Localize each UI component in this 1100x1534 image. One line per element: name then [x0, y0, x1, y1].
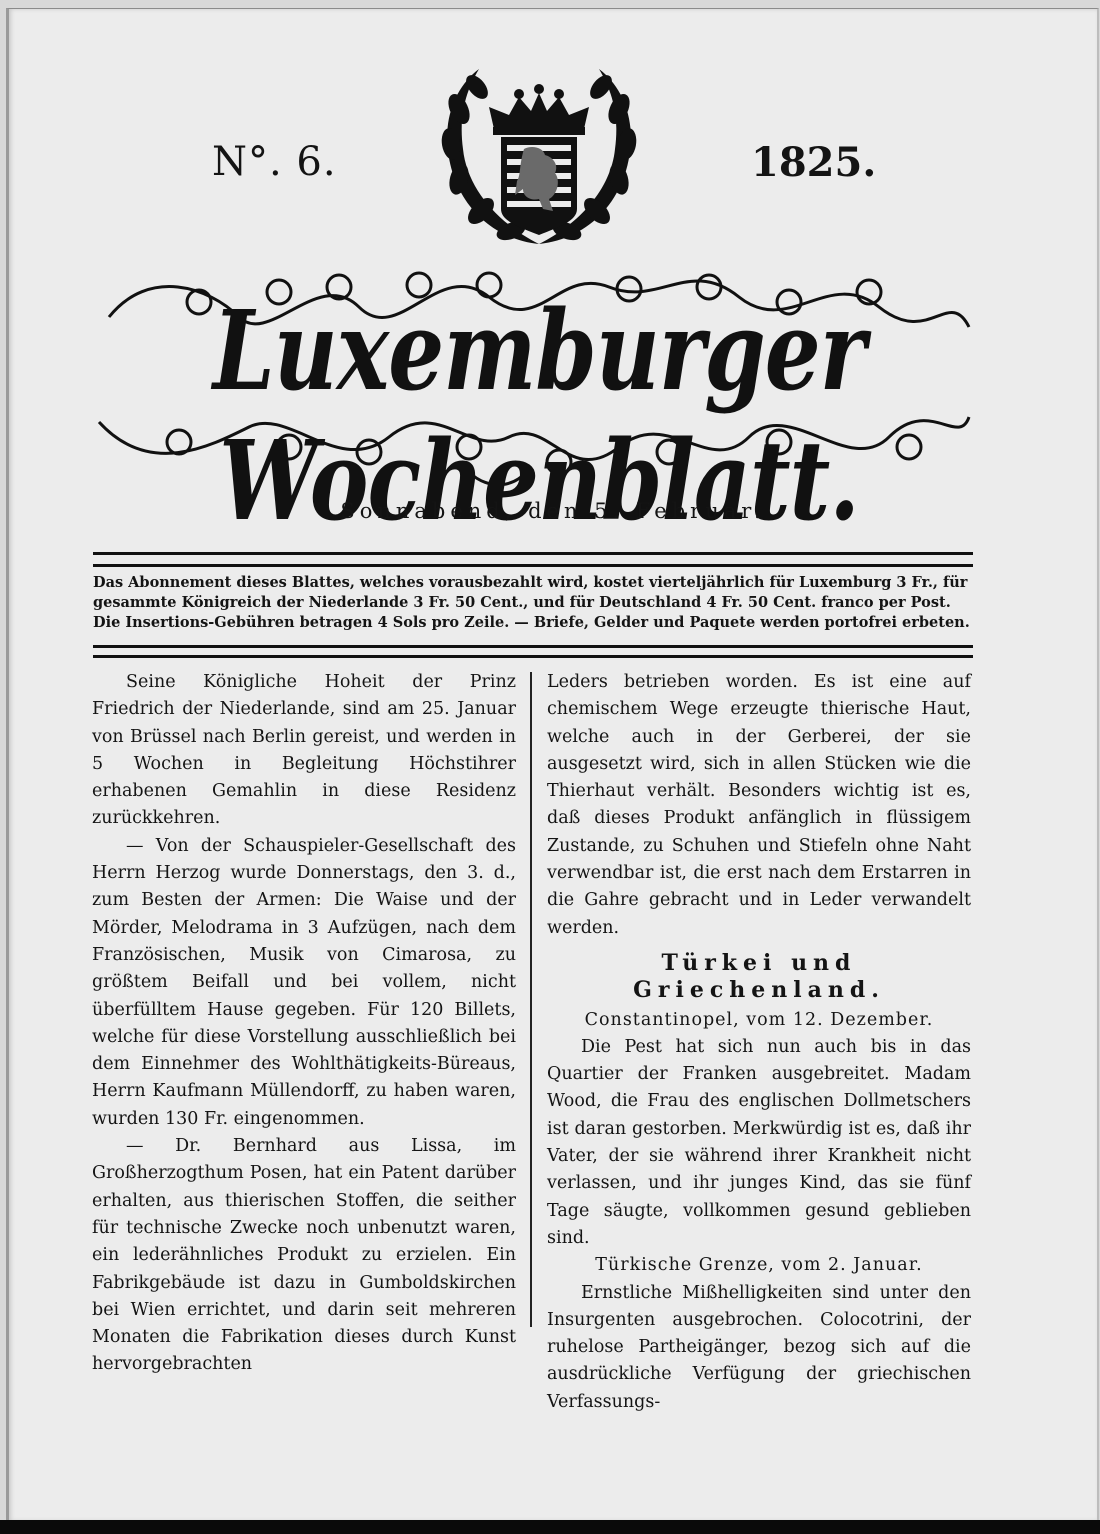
- masthead-title-block: Luxemburger Wochenblatt.: [89, 247, 989, 487]
- publication-date: Sonnabend, den 5. Februar.: [9, 499, 1097, 523]
- report-turkish-border: Ernstliche Mißhelligkeiten sind unter de…: [547, 1280, 971, 1416]
- subscription-line: gesammte Königreich der Niederlande 3 Fr…: [93, 593, 973, 613]
- header-rule-bottom: [93, 645, 973, 658]
- article-theatre-benefit: — Von der Schauspieler-Gesellschaft des …: [92, 833, 516, 1133]
- dateline-turkish-border: Türkische Grenze, vom 2. Januar.: [547, 1252, 971, 1279]
- column-divider: [530, 672, 532, 1327]
- left-column: Seine Königliche Hoheit der Prinz Friedr…: [92, 669, 516, 1379]
- right-column: Leders betrieben worden. Es ist eine auf…: [547, 669, 971, 1416]
- subscription-line: Die Insertions-Gebühren betragen 4 Sols …: [93, 613, 973, 633]
- section-heading-turkey-greece: Türkei und Griechenland.: [547, 950, 971, 1005]
- coat-of-arms-icon: [419, 49, 659, 249]
- header-rule-top: [93, 552, 973, 567]
- dateline-constantinople: Constantinopel, vom 12. Dezember.: [547, 1007, 971, 1034]
- article-leather-patent: — Dr. Bernhard aus Lissa, im Großherzogt…: [92, 1133, 516, 1379]
- issue-year: 1825.: [751, 139, 876, 186]
- subscription-notice: Das Abonnement dieses Blattes, welches v…: [93, 573, 973, 633]
- article-leather-continuation: Leders betrieben worden. Es ist eine auf…: [547, 669, 971, 942]
- newspaper-page: N°. 6. 1825. Luxemburger Wochenblatt. So…: [6, 8, 1099, 1521]
- subscription-line: Das Abonnement dieses Blattes, welches v…: [93, 573, 973, 593]
- article-prince-friedrich: Seine Königliche Hoheit der Prinz Friedr…: [92, 669, 516, 833]
- report-constantinople: Die Pest hat sich nun auch bis in das Qu…: [547, 1034, 971, 1252]
- scan-bottom-edge: [0, 1520, 1100, 1534]
- issue-number: N°. 6.: [212, 139, 337, 185]
